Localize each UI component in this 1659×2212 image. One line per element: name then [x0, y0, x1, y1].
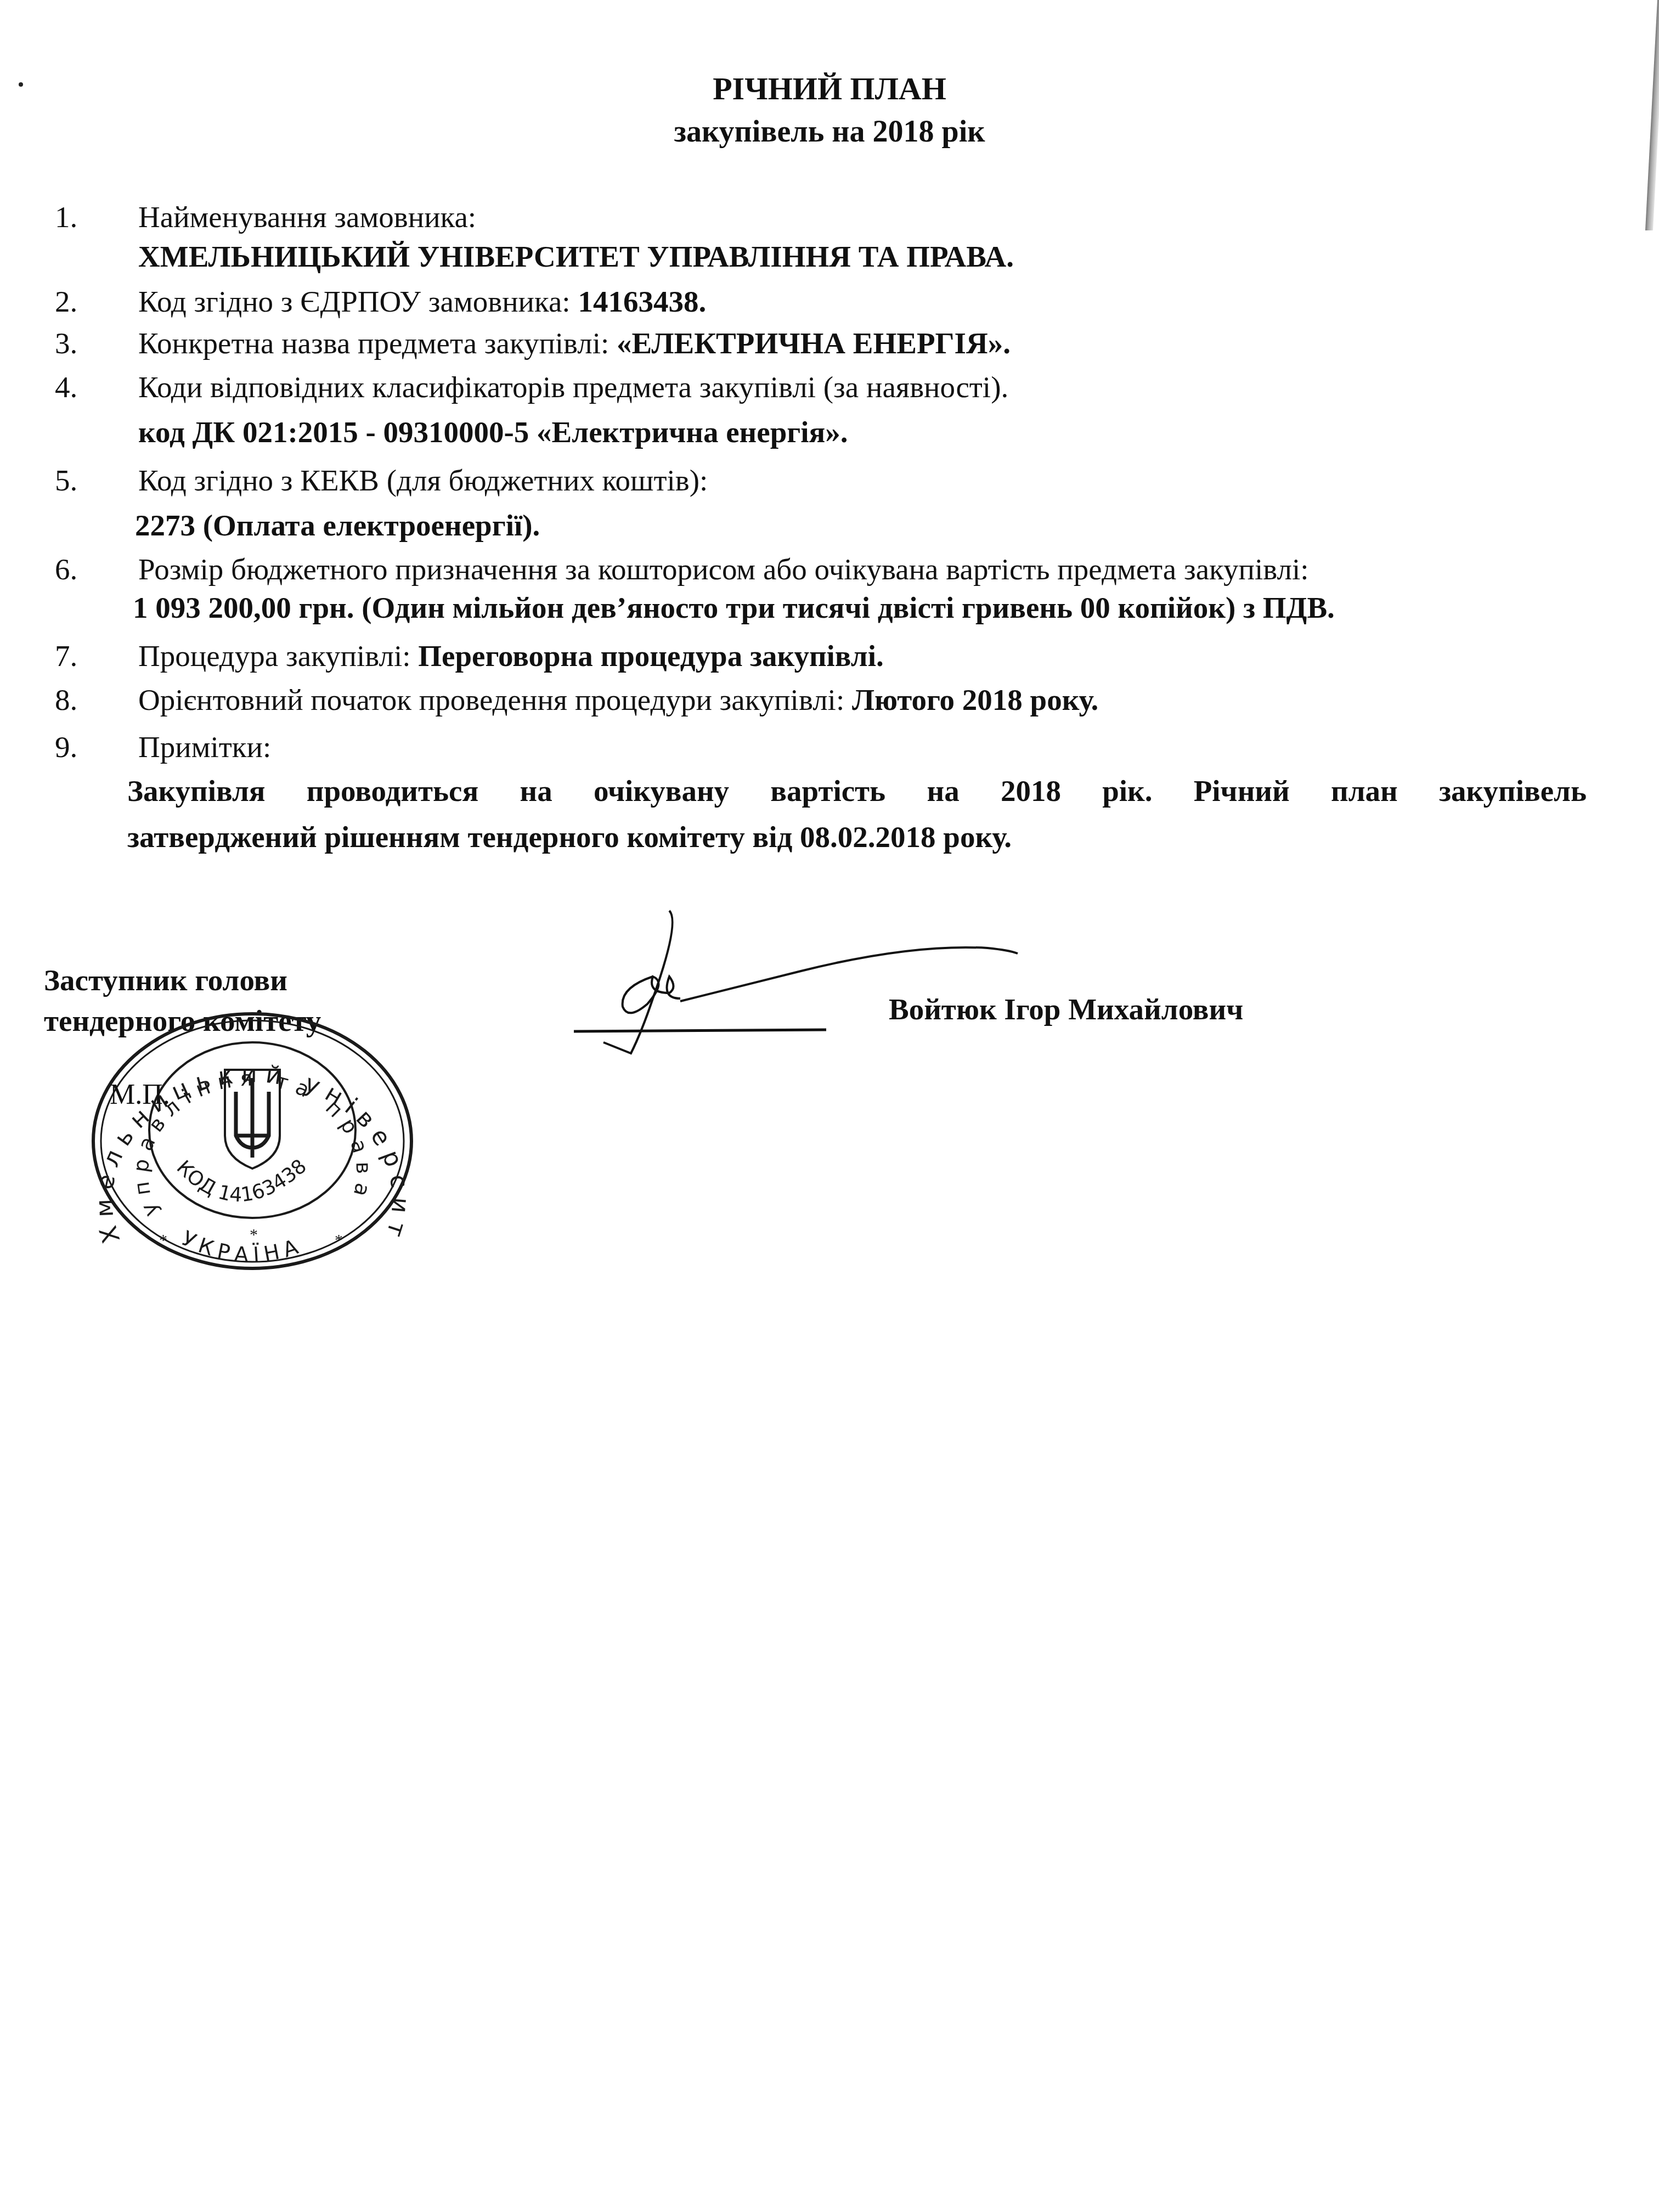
item-label: Процедура закупівлі: — [138, 639, 418, 673]
item-text: Код згідно з ЄДРПОУ замовника: 14163438. — [138, 286, 706, 317]
item-number: 3. — [55, 328, 77, 358]
document-subtitle: закупівель на 2018 рік — [0, 114, 1659, 149]
classifier-code: код ДК 021:2015 - 09310000-5 «Електрична… — [138, 417, 848, 447]
svg-text:*: * — [250, 1226, 258, 1244]
item-label: Розмір бюджетного призначення за коштори… — [138, 554, 1309, 584]
subject-name: «ЕЛЕКТРИЧНА ЕНЕРГІЯ». — [617, 326, 1011, 360]
item-number: 1. — [55, 202, 77, 232]
item-number: 9. — [55, 732, 77, 762]
procedure-type: Переговорна процедура закупівлі. — [418, 639, 883, 673]
item-label: Орієнтовний початок проведення процедури… — [138, 683, 852, 716]
svg-text:*: * — [335, 1231, 343, 1249]
item-text: Конкретна назва предмета закупівлі: «ЕЛЕ… — [138, 328, 1011, 358]
stamp-outer-text: Хмельницький університет — [65, 982, 415, 1248]
notes-text: Закупівля проводиться на очікувану варті… — [127, 768, 1587, 860]
item-label: Найменування замовника: — [138, 202, 476, 232]
svg-text:*: * — [159, 1231, 167, 1249]
item-number: 5. — [55, 465, 77, 495]
notes-line: затверджений рішенням тендерного комітет… — [127, 814, 1587, 860]
item-label: Код згідно з КЕКВ (для бюджетних коштів)… — [138, 465, 708, 495]
document-page: РІЧНИЙ ПЛАН закупівель на 2018 рік 1. На… — [0, 0, 1659, 2212]
item-label: Коди відповідних класифікаторів предмета… — [138, 372, 1008, 402]
item-label: Примітки: — [138, 732, 271, 762]
budget-amount: 1 093 200,00 грн. (Один мільйон дев’янос… — [133, 592, 1335, 623]
item-label: Конкретна назва предмета закупівлі: — [138, 326, 617, 360]
item-number: 6. — [55, 554, 77, 584]
official-stamp: Хмельницький університет управління та п… — [77, 1004, 428, 1278]
item-text: Орієнтовний початок проведення процедури… — [138, 685, 1098, 715]
role-line: Заступник голови — [44, 960, 321, 1001]
svg-text:Хмельницький університет: Хмельницький університет — [65, 982, 415, 1248]
item-number: 7. — [55, 641, 77, 671]
item-number: 2. — [55, 286, 77, 317]
item-text: Процедура закупівлі: Переговорна процеду… — [138, 641, 884, 671]
start-date: Лютого 2018 року. — [852, 683, 1098, 716]
signatory-name: Войтюк Ігор Михайлович — [889, 992, 1243, 1026]
customer-name: ХМЕЛЬНИЦЬКИЙ УНІВЕРСИТЕТ УПРАВЛІННЯ ТА П… — [138, 241, 1014, 272]
seal-place-label: М.П. — [110, 1079, 170, 1111]
item-label: Код згідно з ЄДРПОУ замовника: — [138, 285, 578, 318]
handwritten-signature — [571, 911, 1229, 1064]
document-title: РІЧНИЙ ПЛАН — [0, 70, 1659, 107]
item-number: 4. — [55, 372, 77, 402]
edrpou-code: 14163438. — [578, 285, 706, 318]
item-number: 8. — [55, 685, 77, 715]
kekv-code: 2273 (Оплата електроенергії). — [135, 510, 540, 540]
notes-line: Закупівля проводиться на очікувану варті… — [127, 768, 1587, 814]
